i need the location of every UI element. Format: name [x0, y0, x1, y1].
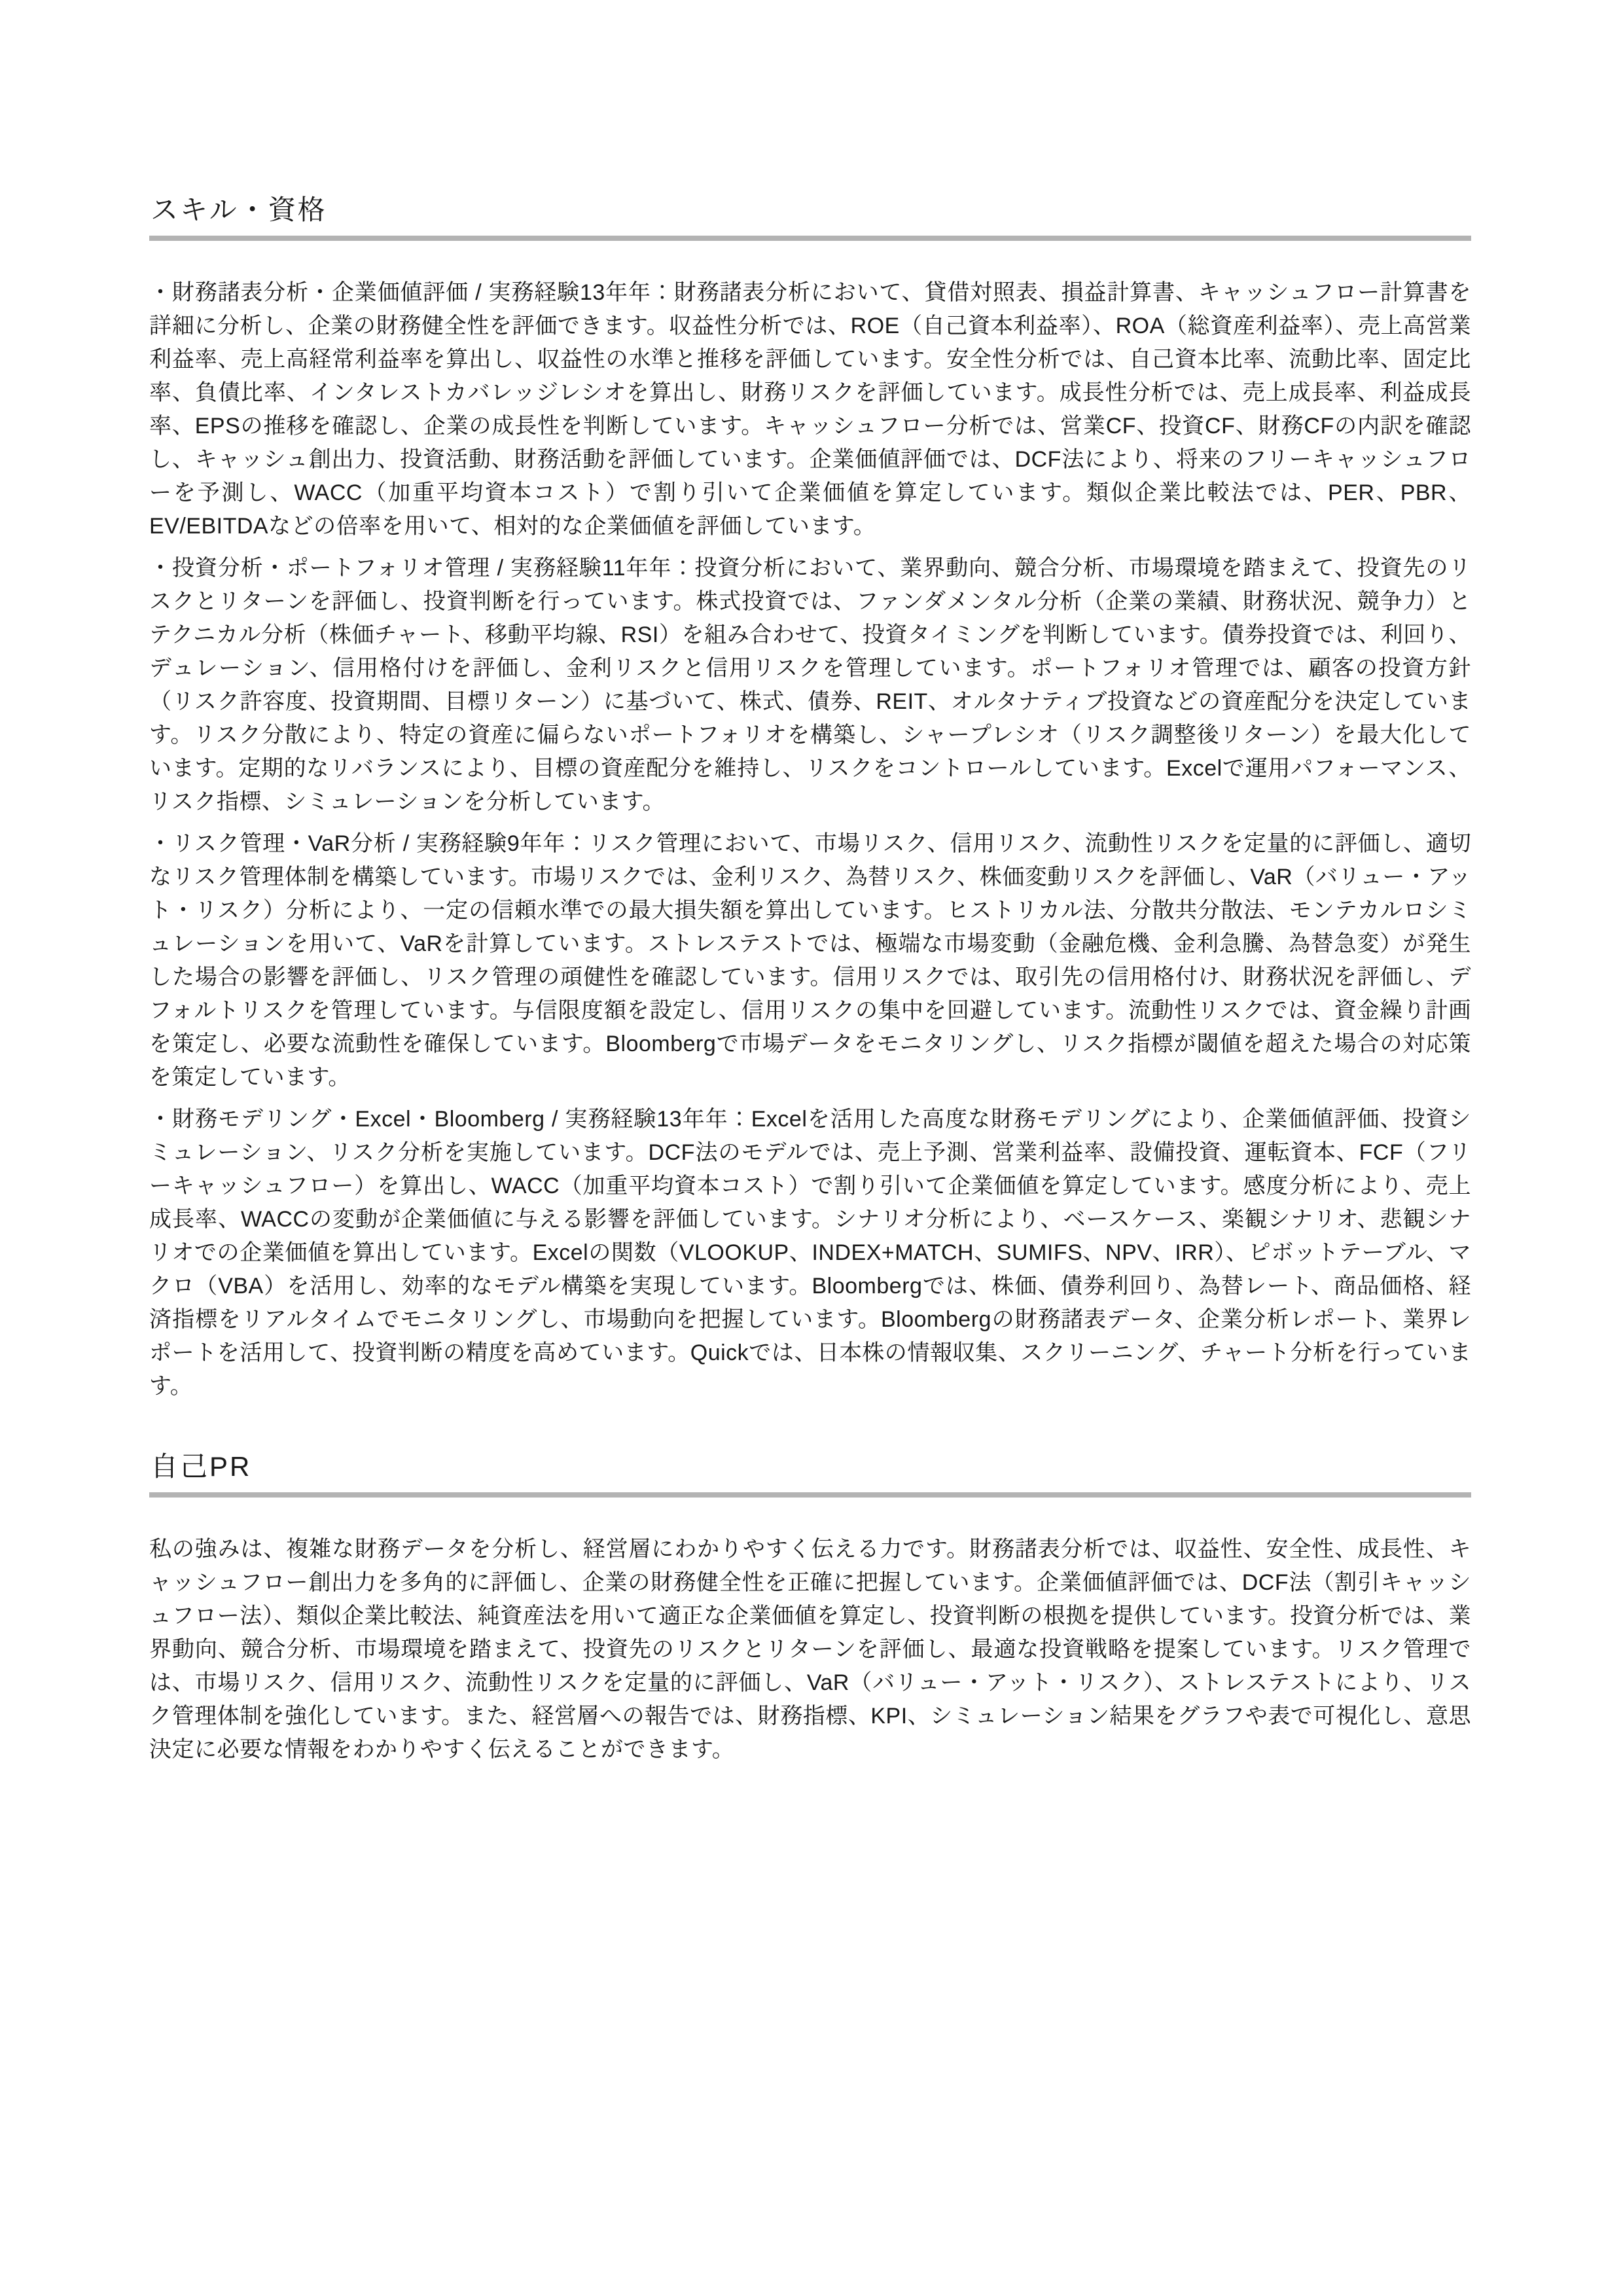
section-divider: [149, 236, 1471, 241]
skills-paragraph-financial-analysis: ・財務諸表分析・企業価値評価 / 実務経験13年年：財務諸表分析において、貸借対…: [149, 276, 1471, 543]
section-title-skills: スキル・資格: [151, 194, 1471, 226]
skills-paragraph-risk-management: ・リスク管理・VaR分析 / 実務経験9年年：リスク管理において、市場リスク、信…: [149, 827, 1471, 1094]
skills-paragraph-investment-analysis: ・投資分析・ポートフォリオ管理 / 実務経験11年年：投資分析において、業界動向…: [149, 552, 1471, 819]
section-skills: スキル・資格 ・財務諸表分析・企業価値評価 / 実務経験13年年：財務諸表分析に…: [149, 194, 1471, 1403]
resume-page: スキル・資格 ・財務諸表分析・企業価値評価 / 実務経験13年年：財務諸表分析に…: [0, 0, 1623, 2296]
section-divider: [149, 1492, 1471, 1498]
skills-paragraph-financial-modeling: ・財務モデリング・Excel・Bloomberg / 実務経験13年年：Exce…: [149, 1103, 1471, 1403]
self-pr-paragraph: 私の強みは、複雑な財務データを分析し、経営層にわかりやすく伝える力です。財務諸表…: [149, 1533, 1471, 1767]
section-self-pr: 自己PR 私の強みは、複雑な財務データを分析し、経営層にわかりやすく伝える力です…: [149, 1450, 1471, 1767]
section-title-self-pr: 自己PR: [151, 1450, 1471, 1483]
